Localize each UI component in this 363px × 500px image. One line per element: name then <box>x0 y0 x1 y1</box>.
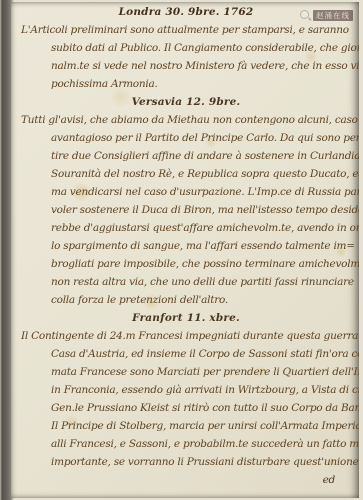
manuscript-line: alli Francesi, e Sassoni, e probabilm.te… <box>51 435 351 453</box>
manuscript-line: voler sostenere il Duca di Biron, ma nel… <box>51 201 351 219</box>
manuscript-line: rebbe d'aggiustarsi quest'affare amichev… <box>51 219 351 237</box>
manuscript-scan: 赵涌在线 Londra 30. 9bre. 1762 L'Articoli pr… <box>0 0 363 500</box>
magnifier-icon <box>300 10 311 21</box>
letter-text: Londra 30. 9bre. 1762 L'Articoli prelimi… <box>11 3 359 489</box>
manuscript-line: avantagioso per il Partito del Principe … <box>51 129 351 147</box>
manuscript-line: Casa d'Austria, ed insieme il Corpo de S… <box>51 345 351 363</box>
manuscript-line: L'Articoli preliminari sono attualmente … <box>21 21 351 39</box>
manuscript-line: importante, se vorranno li Prussiani dis… <box>51 453 351 471</box>
manuscript-page: 赵涌在线 Londra 30. 9bre. 1762 L'Articoli pr… <box>11 2 359 498</box>
manuscript-line: nalm.te si vede nel nostro Ministero fà … <box>51 57 351 75</box>
letter-dateline-franfort: Franfort 11. xbre. <box>21 309 351 327</box>
manuscript-line: Il Contingente di 24.m Francesi impegnia… <box>21 327 351 345</box>
manuscript-line: subito dati al Publico. Il Cangiamento c… <box>51 39 351 57</box>
manuscript-line: Tutti gl'avisi, che abiamo da Miethau no… <box>21 111 351 129</box>
manuscript-line: tire due Consiglieri affine di andare à … <box>51 147 351 165</box>
manuscript-line: pochissima Armonia. <box>51 75 351 93</box>
manuscript-line: lo spargimento di sangue, ma l'affari es… <box>51 237 351 255</box>
manuscript-line: brogliati pare imposibile, che possino t… <box>51 255 351 273</box>
letter-dateline-versavia: Versavia 12. 9bre. <box>21 93 351 111</box>
manuscript-line: mata Francese sono Marciati per prendere… <box>51 363 351 381</box>
watermark-label: 赵涌在线 <box>313 10 353 21</box>
catchword: ed <box>21 471 351 489</box>
manuscript-line: ma vendicarsi nel caso d'usurpazione. L'… <box>51 183 351 201</box>
auction-site-watermark: 赵涌在线 <box>300 10 353 21</box>
manuscript-line: colla forza le pretenzioni dell'altro. <box>51 291 351 309</box>
manuscript-line: non resta altra via, che uno delli due p… <box>51 273 351 291</box>
manuscript-line: Gen.le Prussiano Kleist si ritirò con tu… <box>51 399 351 417</box>
manuscript-line: in Franconia, essendo già arrivati in Wi… <box>51 381 351 399</box>
manuscript-line: Souranità del nostro Rè, e Republica sop… <box>51 165 351 183</box>
manuscript-line: Il Principe di Stolberg, marcia per unir… <box>51 417 351 435</box>
